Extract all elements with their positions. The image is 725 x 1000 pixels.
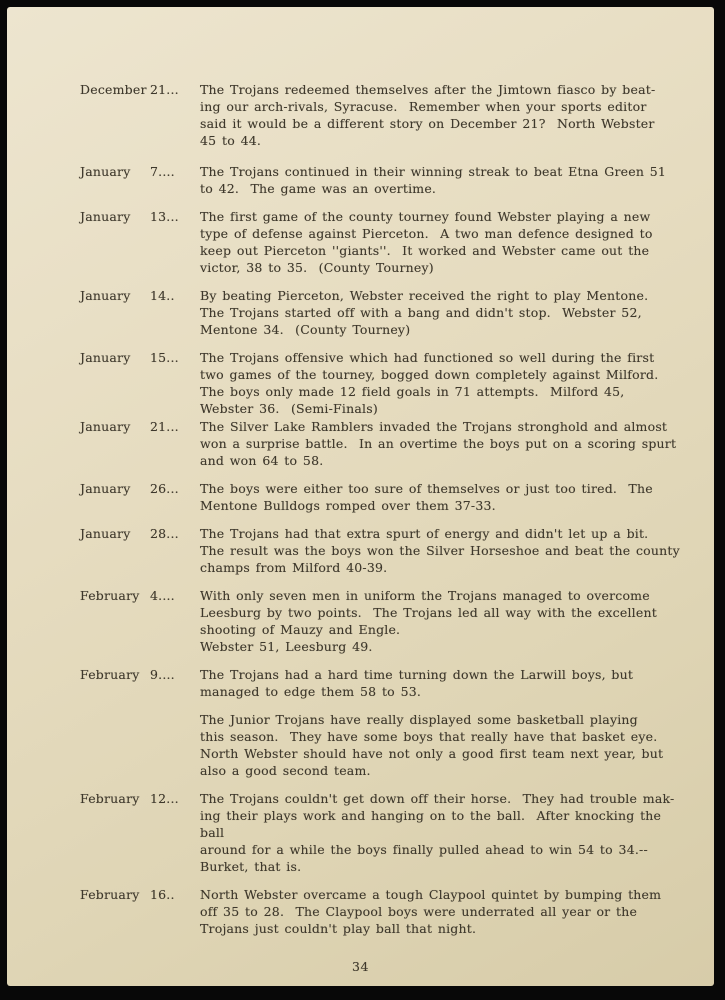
entry-text-line: North Webster overcame a tough Claypool … bbox=[200, 886, 684, 903]
paper: December 21... The Trojans redeemed them… bbox=[7, 7, 714, 986]
entry-day: 9.... bbox=[150, 666, 200, 683]
entry-text-line: type of defense against Pierceton. A two… bbox=[200, 225, 684, 242]
log-entry: February 12... The Trojans couldn't get … bbox=[80, 790, 684, 875]
entry-text-line: also a good second team. bbox=[200, 762, 684, 779]
entry-text-line: With only seven men in uniform the Troja… bbox=[200, 587, 684, 604]
entry-text-line: ing their plays work and hanging on to t… bbox=[200, 807, 684, 841]
entry-text-line: Webster 51, Leesburg 49. bbox=[200, 638, 684, 655]
entry-text-line: two games of the tourney, bogged down co… bbox=[200, 366, 684, 383]
entry-text: The Trojans continued in their winning s… bbox=[200, 163, 684, 197]
log-entry: January 15... The Trojans offensive whic… bbox=[80, 349, 684, 417]
entry-month: February bbox=[80, 886, 150, 903]
entry-month: February bbox=[80, 790, 150, 807]
entry-text: The Trojans offensive which had function… bbox=[200, 349, 684, 417]
entry-text: The Trojans had a hard time turning down… bbox=[200, 666, 684, 700]
entry-text-line: won a surprise battle. In an overtime th… bbox=[200, 435, 684, 452]
entry-text: The Trojans redeemed themselves after th… bbox=[200, 81, 684, 149]
entry-text-line: The Trojans started off with a bang and … bbox=[200, 304, 684, 321]
page-number: 34 bbox=[7, 959, 714, 974]
entry-text: The Junior Trojans have really displayed… bbox=[200, 711, 684, 779]
entry-text-line: The Trojans had that extra spurt of ener… bbox=[200, 525, 684, 542]
entry-day: 15... bbox=[150, 349, 200, 366]
entry-month: January bbox=[80, 287, 150, 304]
entry-day: 12... bbox=[150, 790, 200, 807]
entry-text-line: victor, 38 to 35. (County Tourney) bbox=[200, 259, 684, 276]
entry-text-line: and won 64 to 58. bbox=[200, 452, 684, 469]
log-entry: January 28... The Trojans had that extra… bbox=[80, 525, 684, 576]
entry-text-line: By beating Pierceton, Webster received t… bbox=[200, 287, 684, 304]
entry-text-line: The Trojans had a hard time turning down… bbox=[200, 666, 684, 683]
entry-text-line: Burket, that is. bbox=[200, 858, 684, 875]
log-entry: February 9.... The Trojans had a hard ti… bbox=[80, 666, 684, 700]
entry-text: The Trojans couldn't get down off their … bbox=[200, 790, 684, 875]
entry-text-line: off 35 to 28. The Claypool boys were und… bbox=[200, 903, 684, 920]
entry-text: The Silver Lake Ramblers invaded the Tro… bbox=[200, 418, 684, 469]
entry-text-line: The Junior Trojans have really displayed… bbox=[200, 711, 684, 728]
log-entry: The Junior Trojans have really displayed… bbox=[80, 711, 684, 779]
entry-month: December bbox=[80, 81, 150, 98]
entry-text: With only seven men in uniform the Troja… bbox=[200, 587, 684, 655]
log-entry: January 13... The first game of the coun… bbox=[80, 208, 684, 276]
entry-month: February bbox=[80, 666, 150, 683]
entry-text-line: 45 to 44. bbox=[200, 132, 684, 149]
entry-month: January bbox=[80, 418, 150, 435]
entry-text-line: Leesburg by two points. The Trojans led … bbox=[200, 604, 684, 621]
log-entry: January 21... The Silver Lake Ramblers i… bbox=[80, 418, 684, 469]
entry-text-line: The result was the boys won the Silver H… bbox=[200, 542, 684, 559]
log-entry: February 16.. North Webster overcame a t… bbox=[80, 886, 684, 937]
entry-month: February bbox=[80, 587, 150, 604]
entry-text-line: shooting of Mauzy and Engle. bbox=[200, 621, 684, 638]
entry-text: The boys were either too sure of themsel… bbox=[200, 480, 684, 514]
entry-text: The first game of the county tourney fou… bbox=[200, 208, 684, 276]
entry-text-line: The Silver Lake Ramblers invaded the Tro… bbox=[200, 418, 684, 435]
entry-text-line: this season. They have some boys that re… bbox=[200, 728, 684, 745]
entry-month: January bbox=[80, 480, 150, 497]
entries-list: December 21... The Trojans redeemed them… bbox=[80, 81, 684, 948]
entry-text-line: North Webster should have not only a goo… bbox=[200, 745, 684, 762]
entry-day: 4.... bbox=[150, 587, 200, 604]
entry-day: 26... bbox=[150, 480, 200, 497]
entry-day: 28... bbox=[150, 525, 200, 542]
entry-day: 13... bbox=[150, 208, 200, 225]
entry-text-line: The Trojans continued in their winning s… bbox=[200, 163, 684, 180]
entry-text: The Trojans had that extra spurt of ener… bbox=[200, 525, 684, 576]
entry-text-line: The Trojans redeemed themselves after th… bbox=[200, 81, 684, 98]
entry-text-line: around for a while the boys finally pull… bbox=[200, 841, 684, 858]
entry-day: 21... bbox=[150, 81, 200, 98]
entry-day: 21... bbox=[150, 418, 200, 435]
log-entry: December 21... The Trojans redeemed them… bbox=[80, 81, 684, 149]
entry-text: By beating Pierceton, Webster received t… bbox=[200, 287, 684, 338]
entry-text-line: The boys only made 12 field goals in 71 … bbox=[200, 383, 684, 400]
entry-month: January bbox=[80, 525, 150, 542]
entry-month: January bbox=[80, 163, 150, 180]
entry-text: North Webster overcame a tough Claypool … bbox=[200, 886, 684, 937]
entry-month: January bbox=[80, 208, 150, 225]
entry-month: January bbox=[80, 349, 150, 366]
entry-day: 7.... bbox=[150, 163, 200, 180]
entry-text-line: keep out Pierceton ''giants''. It worked… bbox=[200, 242, 684, 259]
page-frame: December 21... The Trojans redeemed them… bbox=[0, 0, 725, 1000]
entry-text-line: champs from Milford 40-39. bbox=[200, 559, 684, 576]
entry-text-line: The boys were either too sure of themsel… bbox=[200, 480, 684, 497]
entry-text-line: Trojans just couldn't play ball that nig… bbox=[200, 920, 684, 937]
entry-text-line: Mentone Bulldogs romped over them 37-33. bbox=[200, 497, 684, 514]
entry-text-line: ing our arch-rivals, Syracuse. Remember … bbox=[200, 98, 684, 115]
entry-day: 16.. bbox=[150, 886, 200, 903]
entry-text-line: The first game of the county tourney fou… bbox=[200, 208, 684, 225]
log-entry: February 4.... With only seven men in un… bbox=[80, 587, 684, 655]
log-entry: January 26... The boys were either too s… bbox=[80, 480, 684, 514]
entry-day: 14.. bbox=[150, 287, 200, 304]
log-entry: January 7.... The Trojans continued in t… bbox=[80, 163, 684, 197]
entry-text-line: managed to edge them 58 to 53. bbox=[200, 683, 684, 700]
entry-text-line: to 42. The game was an overtime. bbox=[200, 180, 684, 197]
entry-text-line: The Trojans couldn't get down off their … bbox=[200, 790, 684, 807]
entry-text-line: Mentone 34. (County Tourney) bbox=[200, 321, 684, 338]
entry-text-line: The Trojans offensive which had function… bbox=[200, 349, 684, 366]
entry-text-line: said it would be a different story on De… bbox=[200, 115, 684, 132]
entry-text-line: Webster 36. (Semi-Finals) bbox=[200, 400, 684, 417]
log-entry: January 14.. By beating Pierceton, Webst… bbox=[80, 287, 684, 338]
